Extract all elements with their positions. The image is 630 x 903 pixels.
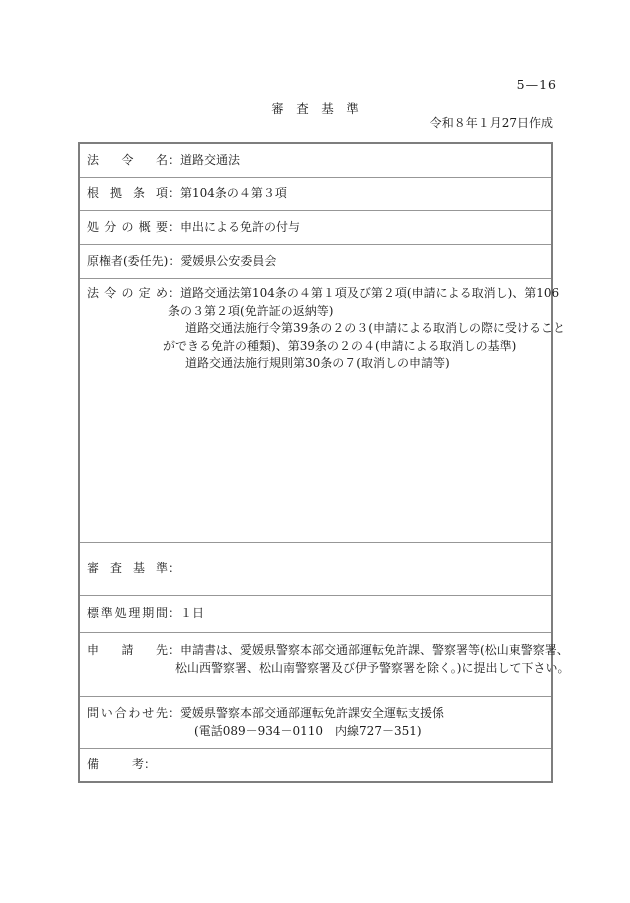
label-colon: ： <box>168 253 180 271</box>
label-colon: ： <box>168 605 180 623</box>
content-line: 申請書は、愛媛県警察本部交通部運転免許課、警察署等(松山東警察署、 <box>180 642 551 660</box>
row-value: １日 <box>180 605 551 623</box>
row-value: 第104条の４第３項 <box>180 185 551 203</box>
content-line: ができる免許の種類)、第39条の２の４(申請による取消しの基準) <box>163 338 551 356</box>
content-line: 道路交通法施行令第39条の２の３(申請による取消しの際に受けること <box>185 320 551 338</box>
label-colon: ： <box>144 756 156 774</box>
label-colon: ： <box>168 152 180 170</box>
row-value: 申出による免許の付与 <box>180 219 551 237</box>
row-value: 愛媛県公安委員会 <box>180 253 551 271</box>
row-label: 法令名 <box>87 152 168 170</box>
row-legal-provisions: 法令の定め： 道路交通法第104条の４第１項及び第２項(申請による取消し)、第1… <box>80 279 551 543</box>
row-label: 原権者(委任先) <box>87 253 168 271</box>
page-number: 5—16 <box>517 77 557 92</box>
label-colon: ： <box>168 285 180 303</box>
content-line: 松山西警察署、松山南警察署及び伊予警察署を除く。)に提出して下さい。 <box>175 660 551 678</box>
row-remarks: 備考： <box>80 749 551 781</box>
criteria-table: 法令名： 道路交通法 根拠条項： 第104条の４第３項 処分の概要： 申出による… <box>78 142 553 783</box>
label-colon: ： <box>168 560 180 578</box>
row-label: 法令の定め <box>87 285 168 303</box>
label-colon: ： <box>168 642 180 660</box>
row-contact: 問い合わせ先： 愛媛県警察本部交通部運転免許課安全運転支援係 (電話089－93… <box>80 697 551 749</box>
creation-date: 令和８年１月27日作成 <box>430 114 553 131</box>
row-label: 根拠条項 <box>87 185 168 203</box>
row-label: 処分の概要 <box>87 219 168 237</box>
row-label: 問い合わせ先 <box>87 705 168 723</box>
row-law-name: 法令名： 道路交通法 <box>80 144 551 178</box>
content-line: 道路交通法第104条の４第１項及び第２項(申請による取消し)、第106 <box>180 285 551 303</box>
row-value: 道路交通法 <box>180 152 551 170</box>
content-line: 条の３第２項(免許証の返納等) <box>168 303 551 321</box>
label-colon: ： <box>168 219 180 237</box>
row-application-destination: 申請先： 申請書は、愛媛県警察本部交通部運転免許課、警察署等(松山東警察署、 松… <box>80 633 551 697</box>
row-label: 申請先 <box>87 642 168 660</box>
row-label: 審査基準 <box>87 560 168 578</box>
content-line: 愛媛県警察本部交通部運転免許課安全運転支援係 <box>180 705 551 723</box>
row-disposition-summary: 処分の概要： 申出による免許の付与 <box>80 211 551 245</box>
content-line: (電話089－934－0110 内線727－351) <box>194 723 551 741</box>
label-colon: ： <box>168 705 180 723</box>
row-review-criteria: 審査基準： <box>80 543 551 596</box>
content-line: 道路交通法施行規則第30条の７(取消しの申請等) <box>185 355 551 373</box>
row-value-multiline: 申請書は、愛媛県警察本部交通部運転免許課、警察署等(松山東警察署、 松山西警察署… <box>180 642 551 677</box>
label-colon: ： <box>168 185 180 203</box>
row-label: 標準処理期間 <box>87 605 168 623</box>
row-legal-basis: 根拠条項： 第104条の４第３項 <box>80 178 551 211</box>
row-original-authority: 原権者(委任先)： 愛媛県公安委員会 <box>80 245 551 279</box>
row-value-multiline: 道路交通法第104条の４第１項及び第２項(申請による取消し)、第106 条の３第… <box>180 285 551 373</box>
row-value-multiline: 愛媛県警察本部交通部運転免許課安全運転支援係 (電話089－934－0110 内… <box>180 705 551 740</box>
row-standard-processing-period: 標準処理期間： １日 <box>80 596 551 633</box>
row-label: 備考 <box>87 756 144 774</box>
